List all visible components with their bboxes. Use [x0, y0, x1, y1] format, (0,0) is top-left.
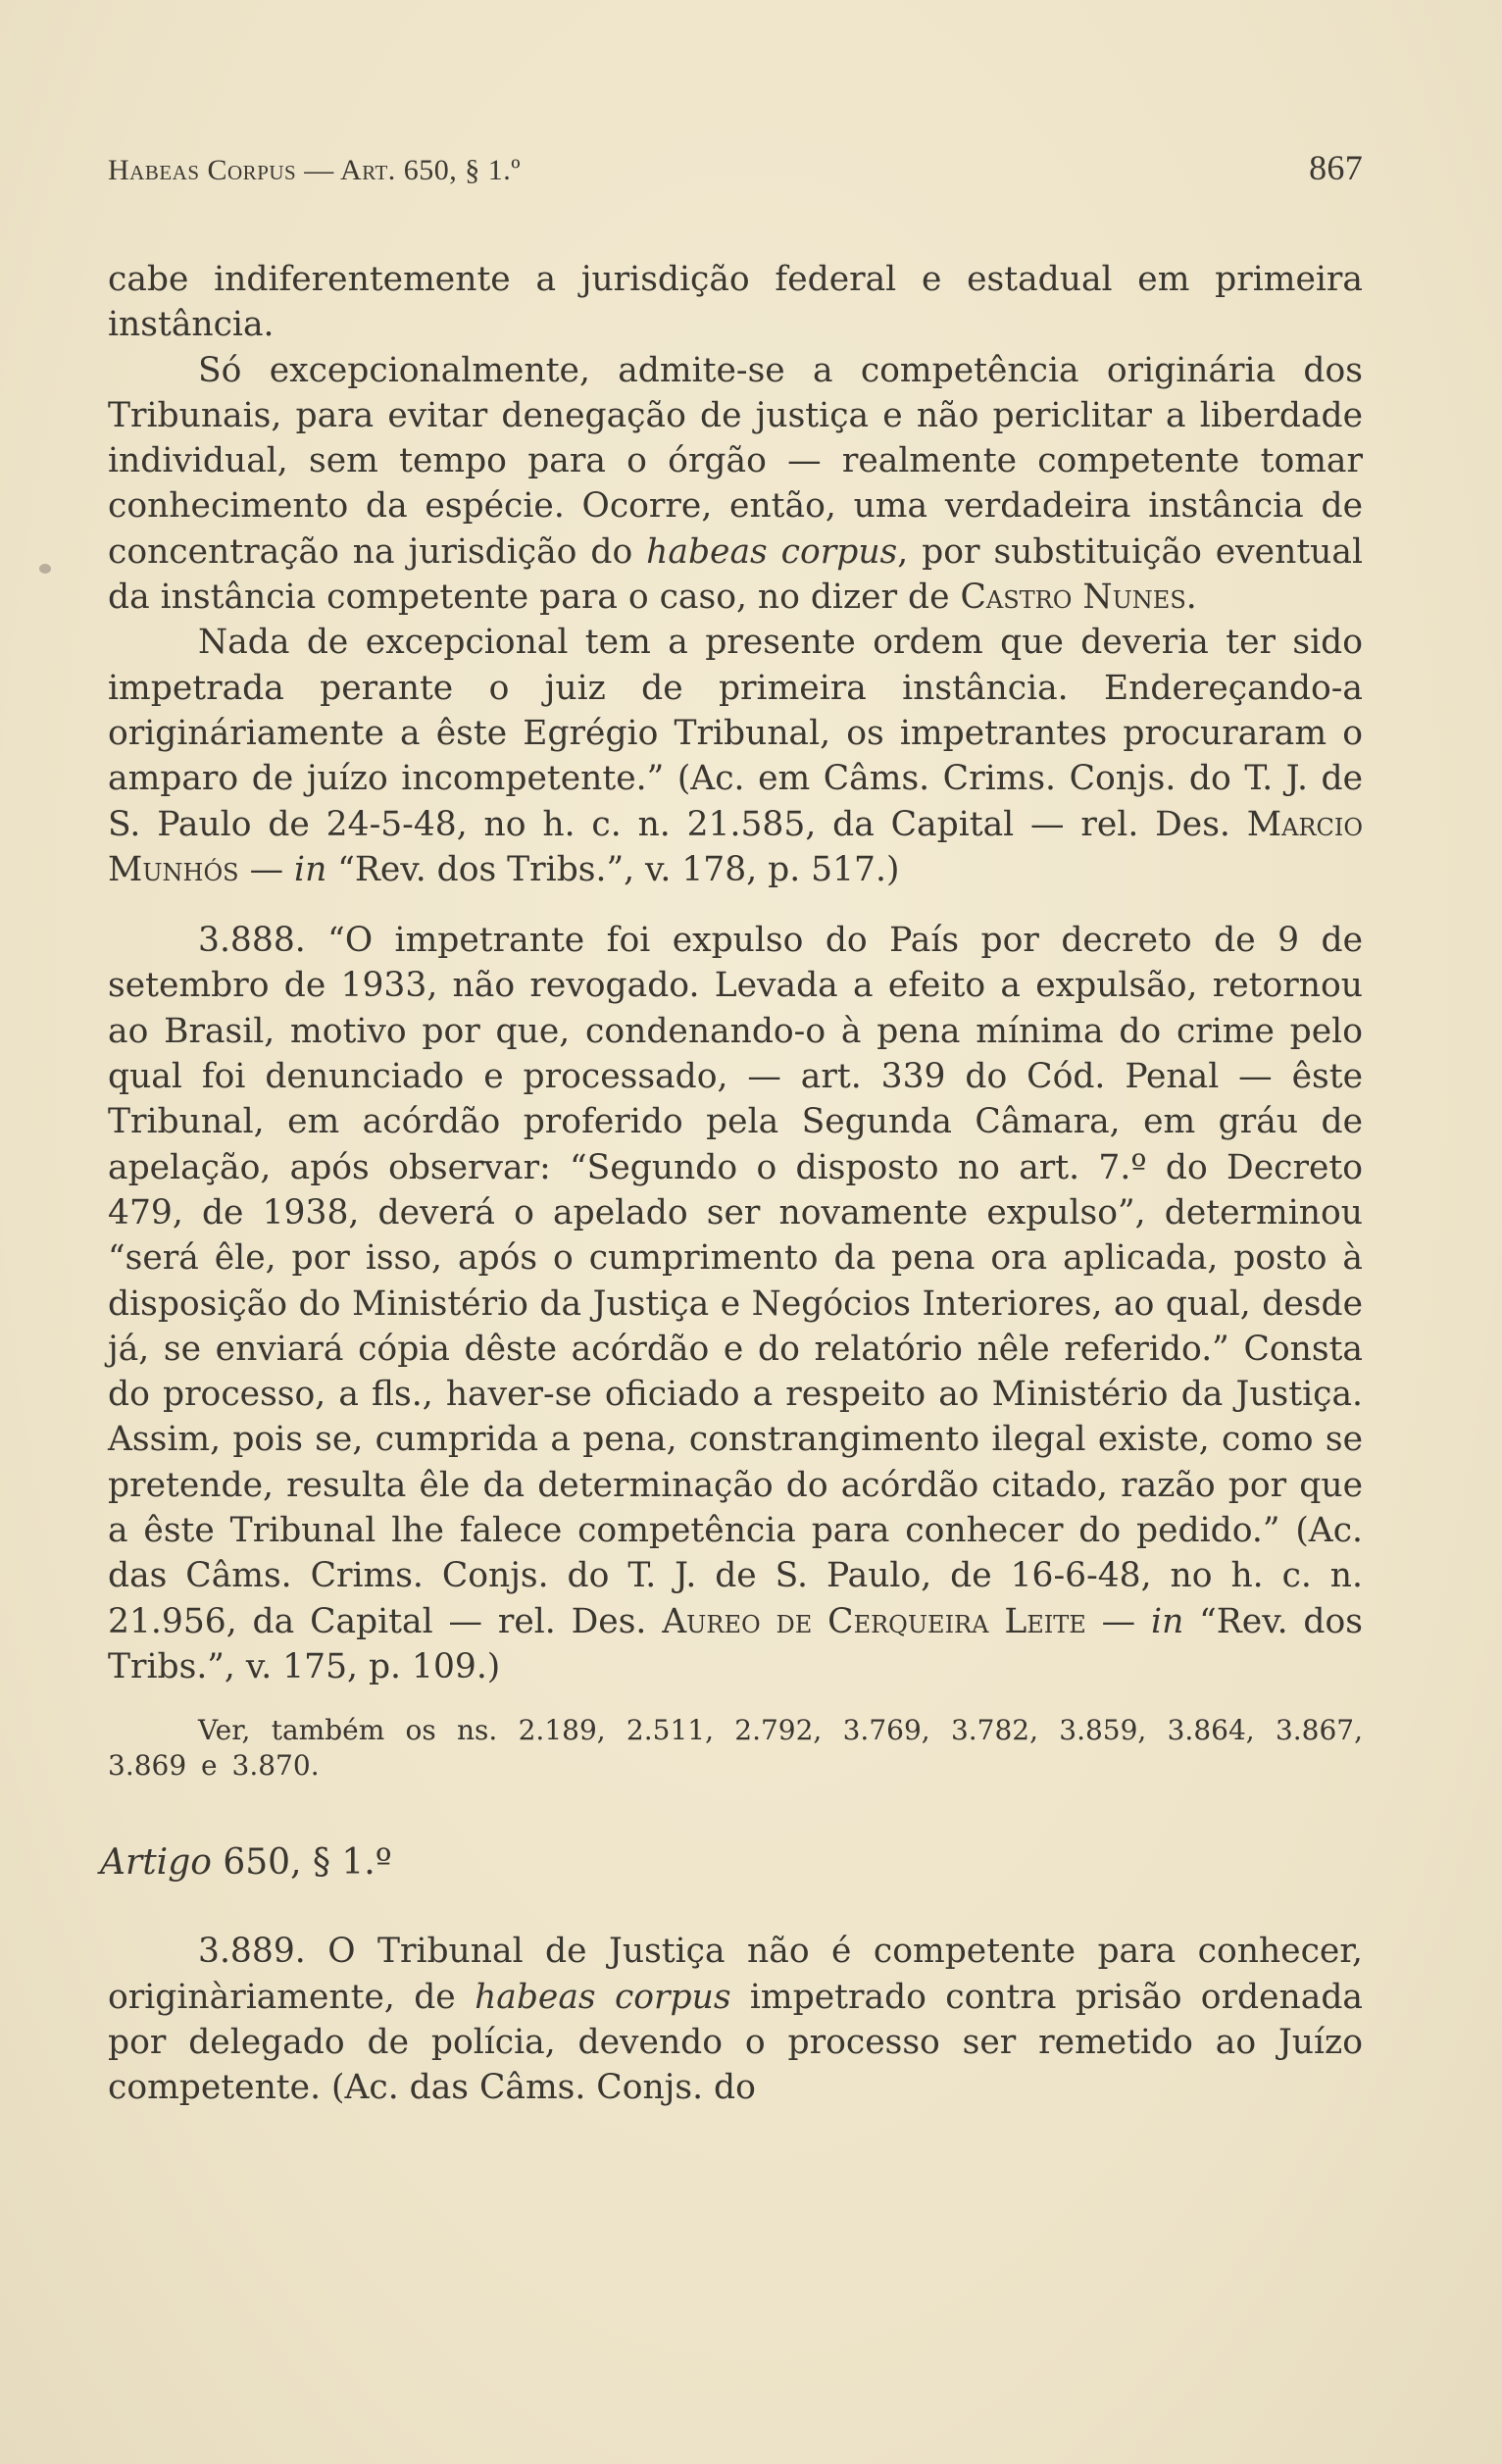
paragraph-competencia: Só excepcionalmente, admite-se a competê…	[108, 348, 1363, 621]
italic-in: in	[294, 850, 326, 889]
running-head: Habeas Corpus — Art. 650, § 1.º 867	[108, 147, 1363, 206]
article-heading: Artigo 650, § 1.º	[100, 1840, 1363, 1886]
book-page: Habeas Corpus — Art. 650, § 1.º 867 cabe…	[108, 147, 1363, 2110]
body-text: cabe indiferentemente a jurisdição feder…	[108, 257, 1363, 1689]
text-run: Nada de excepcional tem a presente ordem…	[108, 623, 1363, 843]
text-run: —	[239, 850, 294, 889]
article-heading-word: Artigo	[100, 1842, 212, 1883]
entry-3889: 3.889. O Tribunal de Justiça não é compe…	[108, 1929, 1363, 2110]
judge-name: Aureo de Cerqueira Leite	[662, 1602, 1086, 1641]
see-also-note: Ver, também os ns. 2.189, 2.511, 2.792, …	[108, 1713, 1363, 1784]
entry-3889-block: 3.889. O Tribunal de Justiça não é compe…	[108, 1929, 1363, 2110]
entry-number: 3.888.	[198, 921, 306, 960]
paragraph-nada-de-excepcional: Nada de excepcional tem a presente ordem…	[108, 620, 1363, 892]
paragraph-continuation: cabe indiferentemente a jurisdição feder…	[108, 257, 1363, 348]
text-run: “O impetrante foi expulso do País por de…	[108, 921, 1363, 1640]
text-run: “Rev. dos Tribs.”, v. 178, p. 517.)	[326, 850, 899, 889]
entry-3888: 3.888. “O impetrante foi expulso do País…	[108, 918, 1363, 1689]
see-also-text: Ver, também os ns. 2.189, 2.511, 2.792, …	[108, 1713, 1363, 1784]
running-head-title: Habeas Corpus — Art. 650, § 1.º	[108, 154, 521, 187]
text-run: .	[1186, 578, 1197, 617]
italic-habeas-corpus: habeas corpus	[475, 1978, 731, 2017]
italic-habeas-corpus: habeas corpus	[646, 532, 897, 572]
scan-speck	[39, 564, 51, 574]
entry-number: 3.889.	[198, 1932, 306, 1971]
author-name: Castro Nunes	[961, 578, 1186, 617]
italic-in: in	[1151, 1602, 1183, 1641]
article-heading-number: 650, § 1.º	[212, 1842, 392, 1883]
page-number: 867	[1309, 147, 1363, 188]
text-run: —	[1086, 1602, 1151, 1641]
